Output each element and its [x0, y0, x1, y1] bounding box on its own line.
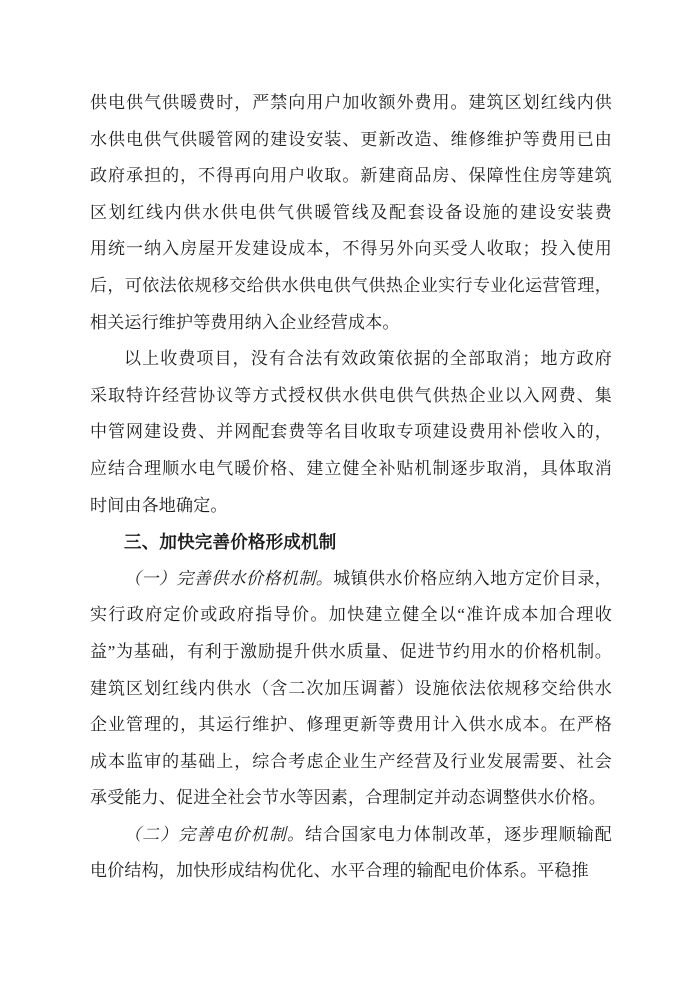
paragraph: （二）完善电价机制。结合国家电力体制改革，逐步理顺输配 电价结构，加快形成结构优… — [90, 817, 612, 890]
text-line: 用统一纳入房屋开发建设成本，不得另外向买受人收取；投入使用 — [90, 231, 612, 268]
text-line: 区划红线内供水供电供气供暖管线及配套设备设施的建设安装费 — [90, 195, 612, 232]
line-rest: 结合国家电力体制改革，逐步理顺输配 — [305, 825, 612, 844]
text-line: 采取特许经营协议等方式授权供水供电供气供热企业以入网费、集 — [90, 378, 612, 415]
text-line: 益”为基础，有利于激励提升供水质量、促进节约用水的价格机制。 — [90, 634, 612, 671]
text-line: 实行政府定价或政府指导价。加快建立健全以“准许成本加合理收 — [90, 597, 612, 634]
text-line: 成本监审的基础上，综合考虑企业生产经营及行业发展需要、社会 — [90, 744, 612, 781]
text-line: 应结合理顺水电气暖价格、建立健全补贴机制逐步取消，具体取消 — [90, 451, 612, 488]
text-line: 建筑区划红线内供水（含二次加压调蓄）设施依法依规移交给供水 — [90, 671, 612, 708]
text-line: 相关运行维护等费用纳入企业经营成本。 — [90, 305, 612, 342]
text-line: 以上收费项目，没有合法有效政策依据的全部取消；地方政府 — [90, 341, 612, 378]
text-line: 中管网建设费、并网配套费等名目收取专项建设费用补偿收入的， — [90, 414, 612, 451]
kai-lead: （二）完善电价机制。 — [124, 825, 305, 844]
text-line: 企业管理的，其运行维护、修理更新等费用计入供水成本。在严格 — [90, 707, 612, 744]
line-rest: 城镇供水价格应纳入地方定价目录， — [333, 569, 612, 588]
text-line: 时间由各地确定。 — [90, 488, 612, 525]
text-line: 后，可依法依规移交给供水供电供气供热企业实行专业化运营管理， — [90, 268, 612, 305]
text-line: （二）完善电价机制。结合国家电力体制改革，逐步理顺输配 — [90, 817, 612, 854]
kai-lead: （一）完善供水价格机制。 — [124, 569, 333, 588]
text-line: 政府承担的，不得再向用户收取。新建商品房、保障性住房等建筑 — [90, 158, 612, 195]
paragraph: 以上收费项目，没有合法有效政策依据的全部取消；地方政府 采取特许经营协议等方式授… — [90, 341, 612, 524]
text-block: 供电供气供暖费时，严禁向用户加收额外费用。建筑区划红线内供 水供电供气供暖管网的… — [90, 85, 612, 890]
text-line: 水供电供气供暖管网的建设安装、更新改造、维修维护等费用已由 — [90, 122, 612, 159]
section-heading: 三、加快完善价格形成机制 — [90, 524, 612, 561]
text-line: 供电供气供暖费时，严禁向用户加收额外费用。建筑区划红线内供 — [90, 85, 612, 122]
paragraph: （一）完善供水价格机制。城镇供水价格应纳入地方定价目录， 实行政府定价或政府指导… — [90, 561, 612, 817]
paragraph: 供电供气供暖费时，严禁向用户加收额外费用。建筑区划红线内供 水供电供气供暖管网的… — [90, 85, 612, 341]
document-page: 供电供气供暖费时，严禁向用户加收额外费用。建筑区划红线内供 水供电供气供暖管网的… — [0, 0, 700, 989]
text-line: 电价结构，加快形成结构优化、水平合理的输配电价体系。平稳推 — [90, 853, 612, 890]
text-line: 承受能力、促进全社会节水等因素，合理制定并动态调整供水价格。 — [90, 780, 612, 817]
text-line: （一）完善供水价格机制。城镇供水价格应纳入地方定价目录， — [90, 561, 612, 598]
